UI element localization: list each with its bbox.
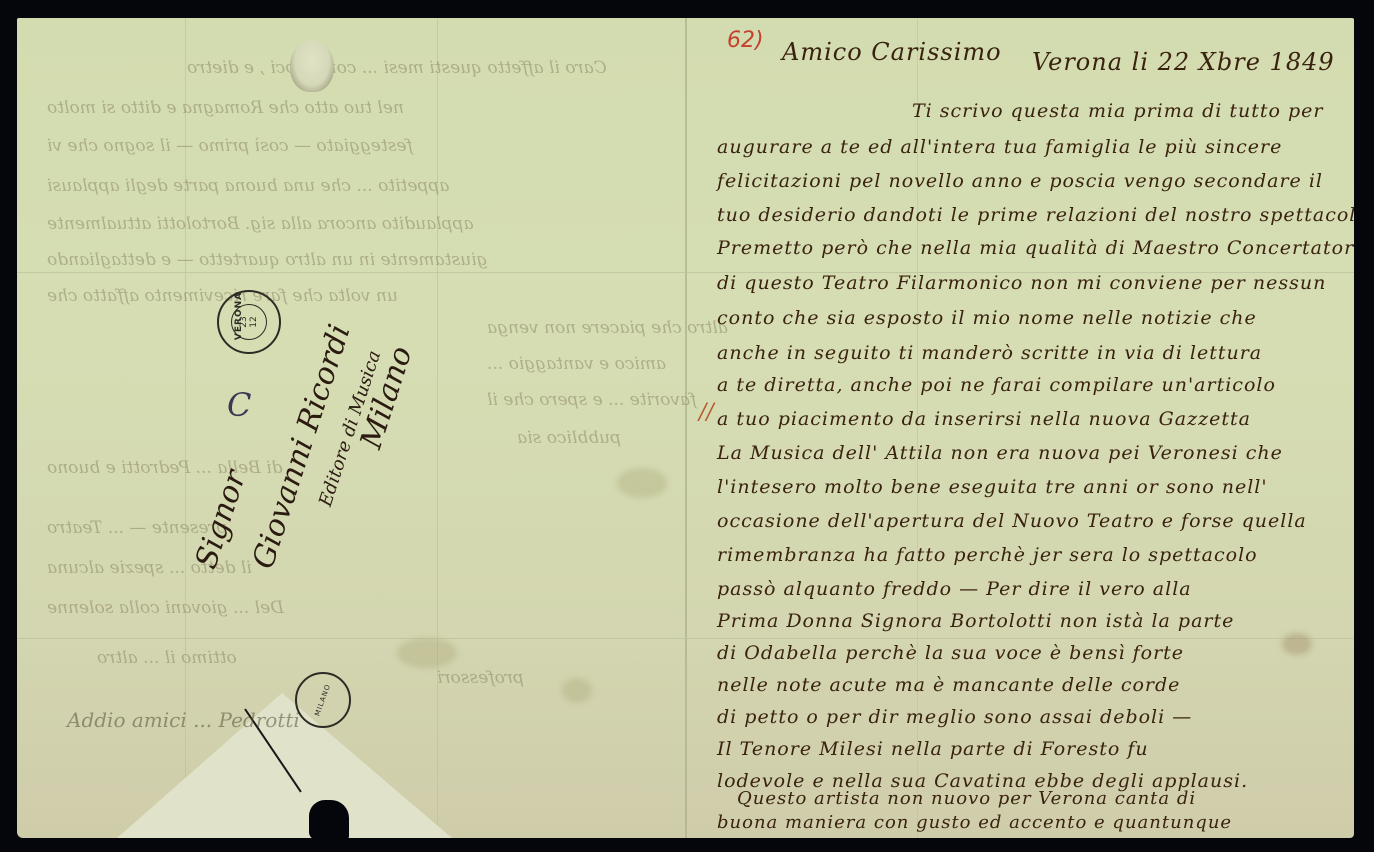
- bleed-line: nel tuo atto che Romagna e ditto si molt…: [47, 98, 404, 118]
- letter-line: a tuo piacimento da inserirsi nella nuov…: [717, 408, 1251, 430]
- letter-line: Prima Donna Signora Bortolotti non istà …: [717, 610, 1234, 632]
- back-flap-text: Addio amici ... Pedrotti: [67, 708, 300, 732]
- left-panel-address-side: Caro il affetto questi mesi ... come voc…: [17, 18, 685, 838]
- letter-line: di petto o per dir meglio sono assai deb…: [717, 706, 1192, 728]
- postmark-arrival-text: MILANO: [313, 683, 332, 717]
- letter-line: La Musica dell' Attila non era nuova pei…: [717, 442, 1283, 464]
- letter-line: occasione dell'apertura del Nuovo Teatro…: [717, 510, 1307, 532]
- letter-line: buona maniera con gusto ed accento e qua…: [717, 812, 1232, 833]
- archive-number: 62): [727, 28, 764, 53]
- letter-line: a te diretta, anche poi ne farai compila…: [717, 374, 1276, 396]
- bleed-line: festeggiato — così primo — il sogno che …: [47, 136, 413, 156]
- postmark-milano: MILANO: [295, 672, 351, 728]
- postmark-verona: VERONA 23 12: [217, 290, 281, 354]
- letter-line: Questo artista non nuovo per Verona cant…: [737, 788, 1196, 809]
- right-panel-letter: 62) Amico Carissimo Verona li 22 Xbre 18…: [687, 18, 1354, 838]
- letter-line: l'intesero molto bene eseguita tre anni …: [717, 476, 1268, 498]
- letter-line: augurare a te ed all'intera tua famiglia…: [717, 136, 1282, 158]
- letter-line: tuo desiderio dandoti le prime relazioni…: [717, 204, 1354, 226]
- stain: [397, 638, 457, 668]
- bleed-line: Del ... giovani colla solenne: [47, 598, 284, 618]
- letter-line: conto che sia esposto il mio nome nelle …: [717, 307, 1257, 329]
- letter-line: Ti scrivo questa mia prima di tutto per: [912, 100, 1324, 122]
- letter-line: Il Tenore Milesi nella parte di Foresto …: [717, 738, 1149, 760]
- place-date: Verona li 22 Xbre 1849: [1032, 48, 1335, 76]
- letter-line: passò alquanto freddo — Per dire il vero…: [717, 578, 1192, 600]
- bleed-line: professori: [437, 668, 524, 688]
- postmark-month: 12: [249, 316, 259, 327]
- bleed-line: pubblico sia: [517, 428, 621, 448]
- bleed-line: Caro il affetto questi mesi ... come voc…: [187, 58, 607, 78]
- stain: [617, 468, 667, 498]
- letter-line: Premetto però che nella mia qualità di M…: [717, 237, 1354, 259]
- postmark-date: 23 12: [231, 304, 267, 340]
- letter-line: di questo Teatro Filarmonico non mi conv…: [717, 272, 1326, 294]
- bleed-line: favorite ... e spero che il: [487, 390, 696, 410]
- letter-sheet: Caro il affetto questi mesi ... come voc…: [17, 18, 1354, 838]
- letter-line: felicitazioni pel novello anno e poscia …: [717, 170, 1323, 192]
- stain: [562, 678, 592, 703]
- bleed-line: amico e vantaggio ...: [487, 354, 666, 374]
- margin-mark: //: [699, 400, 714, 425]
- bleed-line: appetito ... che una buona parte degli a…: [47, 176, 449, 196]
- postal-mark-c: C: [227, 386, 251, 424]
- stain: [1282, 633, 1312, 655]
- letter-line: rimembranza ha fatto perchè jer sera lo …: [717, 544, 1258, 566]
- postmark-day: 23: [239, 316, 249, 327]
- wax-seal: [290, 40, 334, 92]
- salutation: Amico Carissimo: [782, 38, 1002, 66]
- letter-line: anche in seguito ti manderò scritte in v…: [717, 342, 1262, 364]
- letter-line: nelle note acute ma è mancante delle cor…: [717, 674, 1180, 696]
- bleed-line: giustamente in un altro quartetto — e de…: [47, 250, 488, 270]
- letter-line: di Odabella perchè la sua voce è bensì f…: [717, 642, 1184, 664]
- seal-hole: [309, 800, 349, 838]
- bleed-line: ottimo il ... altro: [97, 648, 237, 668]
- bleed-line: applaudito ancora alla sig. Bortolotti a…: [47, 214, 474, 234]
